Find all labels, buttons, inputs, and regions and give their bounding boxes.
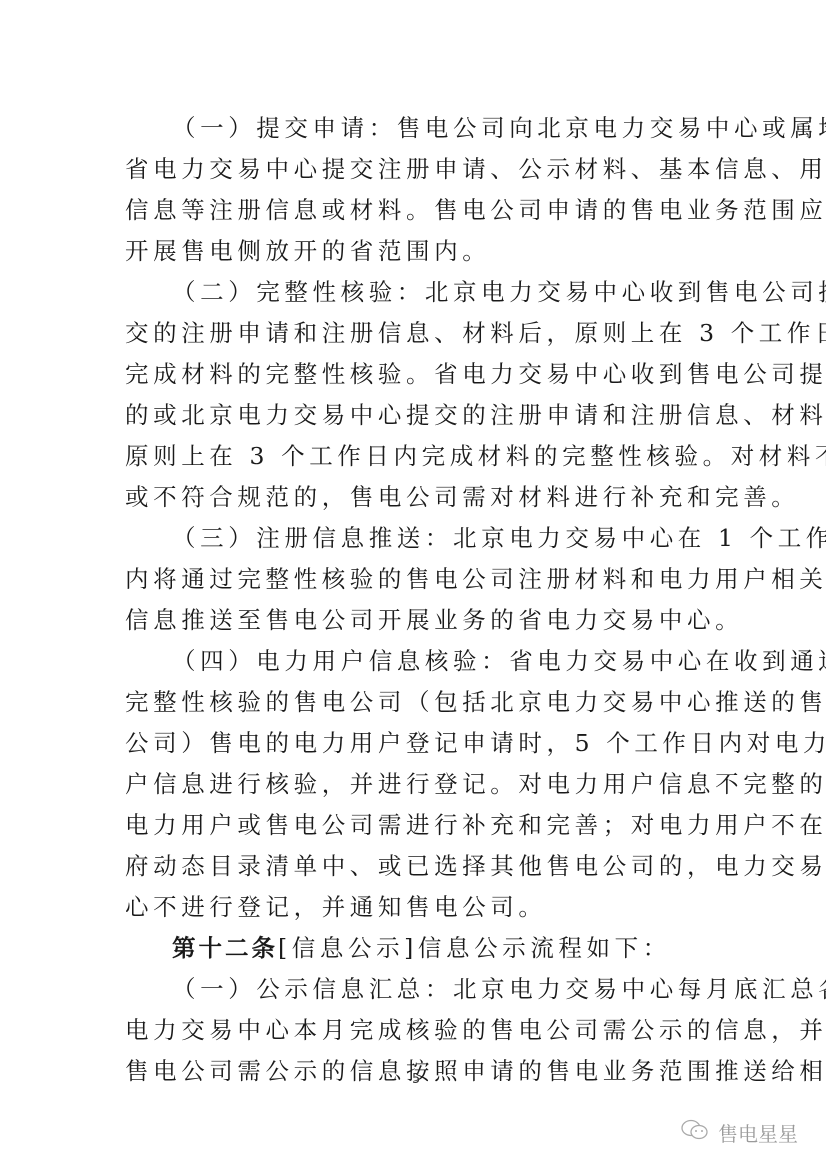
paragraph-user-verification: （四）电力用户信息核验：省电力交易中心在收到通过 完整性核验的售电公司（包括北京… [125,641,710,928]
watermark: 售电星星 [680,1118,798,1147]
text-line: 府动态目录清单中、或已选择其他售电公司的，电力交易中 [125,846,710,887]
paragraph-completeness-check: （二）完整性核验：北京电力交易中心收到售电公司提 交的注册申请和注册信息、材料后… [125,272,710,518]
article-heading: 第十二条[信息公示]信息公示流程如下： [125,928,710,969]
text-line: 内将通过完整性核验的售电公司注册材料和电力用户相关 [125,559,710,600]
wechat-icon [680,1118,718,1147]
document-body: （一）提交申请：售电公司向北京电力交易中心或属地 省电力交易中心提交注册申请、公… [125,108,710,1092]
text-line: （一）公示信息汇总：北京电力交易中心每月底汇总各 [125,969,710,1010]
text-line: 信息推送至售电公司开展业务的省电力交易中心。 [125,600,710,641]
paragraph-submit-application: （一）提交申请：售电公司向北京电力交易中心或属地 省电力交易中心提交注册申请、公… [125,108,710,272]
text-line: 完整性核验的售电公司（包括北京电力交易中心推送的售电 [125,682,710,723]
text-line: （四）电力用户信息核验：省电力交易中心在收到通过 [125,641,710,682]
paragraph-registration-push: （三）注册信息推送：北京电力交易中心在 1 个工作日 内将通过完整性核验的售电公… [125,518,710,641]
text-line: （三）注册信息推送：北京电力交易中心在 1 个工作日 [125,518,710,559]
text-line: （二）完整性核验：北京电力交易中心收到售电公司提 [125,272,710,313]
text-line: 信息等注册信息或材料。售电公司申请的售电业务范围应在 [125,190,710,231]
text-line: 户信息进行核验，并进行登记。对电力用户信息不完整的， [125,764,710,805]
text-line: 心不进行登记，并通知售电公司。 [125,887,710,928]
document-page: （一）提交申请：售电公司向北京电力交易中心或属地 省电力交易中心提交注册申请、公… [0,0,826,1169]
text-line: 省电力交易中心提交注册申请、公示材料、基本信息、用户 [125,149,710,190]
text-line: 公司）售电的电力用户登记申请时，5 个工作日内对电力用 [125,723,710,764]
text-line: 的或北京电力交易中心提交的注册申请和注册信息、材料等， [125,395,710,436]
text-line: 电力交易中心本月完成核验的售电公司需公示的信息，并将 [125,1010,710,1051]
article-number: 第十二条 [172,934,278,962]
text-line: 完成材料的完整性核验。省电力交易中心收到售电公司提交 [125,354,710,395]
article-title: [信息公示]信息公示流程如下： [278,934,671,962]
text-line: 原则上在 3 个工作日内完成材料的完整性核验。对材料不全 [125,436,710,477]
text-line: （一）提交申请：售电公司向北京电力交易中心或属地 [125,108,710,149]
text-line: 开展售电侧放开的省范围内。 [125,231,710,272]
text-line: 电力用户或售电公司需进行补充和完善；对电力用户不在政 [125,805,710,846]
watermark-text: 售电星星 [718,1118,798,1147]
text-line: 或不符合规范的，售电公司需对材料进行补充和完善。 [125,477,710,518]
page-number: 5 [412,1072,420,1087]
text-line: 交的注册申请和注册信息、材料后，原则上在 3 个工作日内 [125,313,710,354]
